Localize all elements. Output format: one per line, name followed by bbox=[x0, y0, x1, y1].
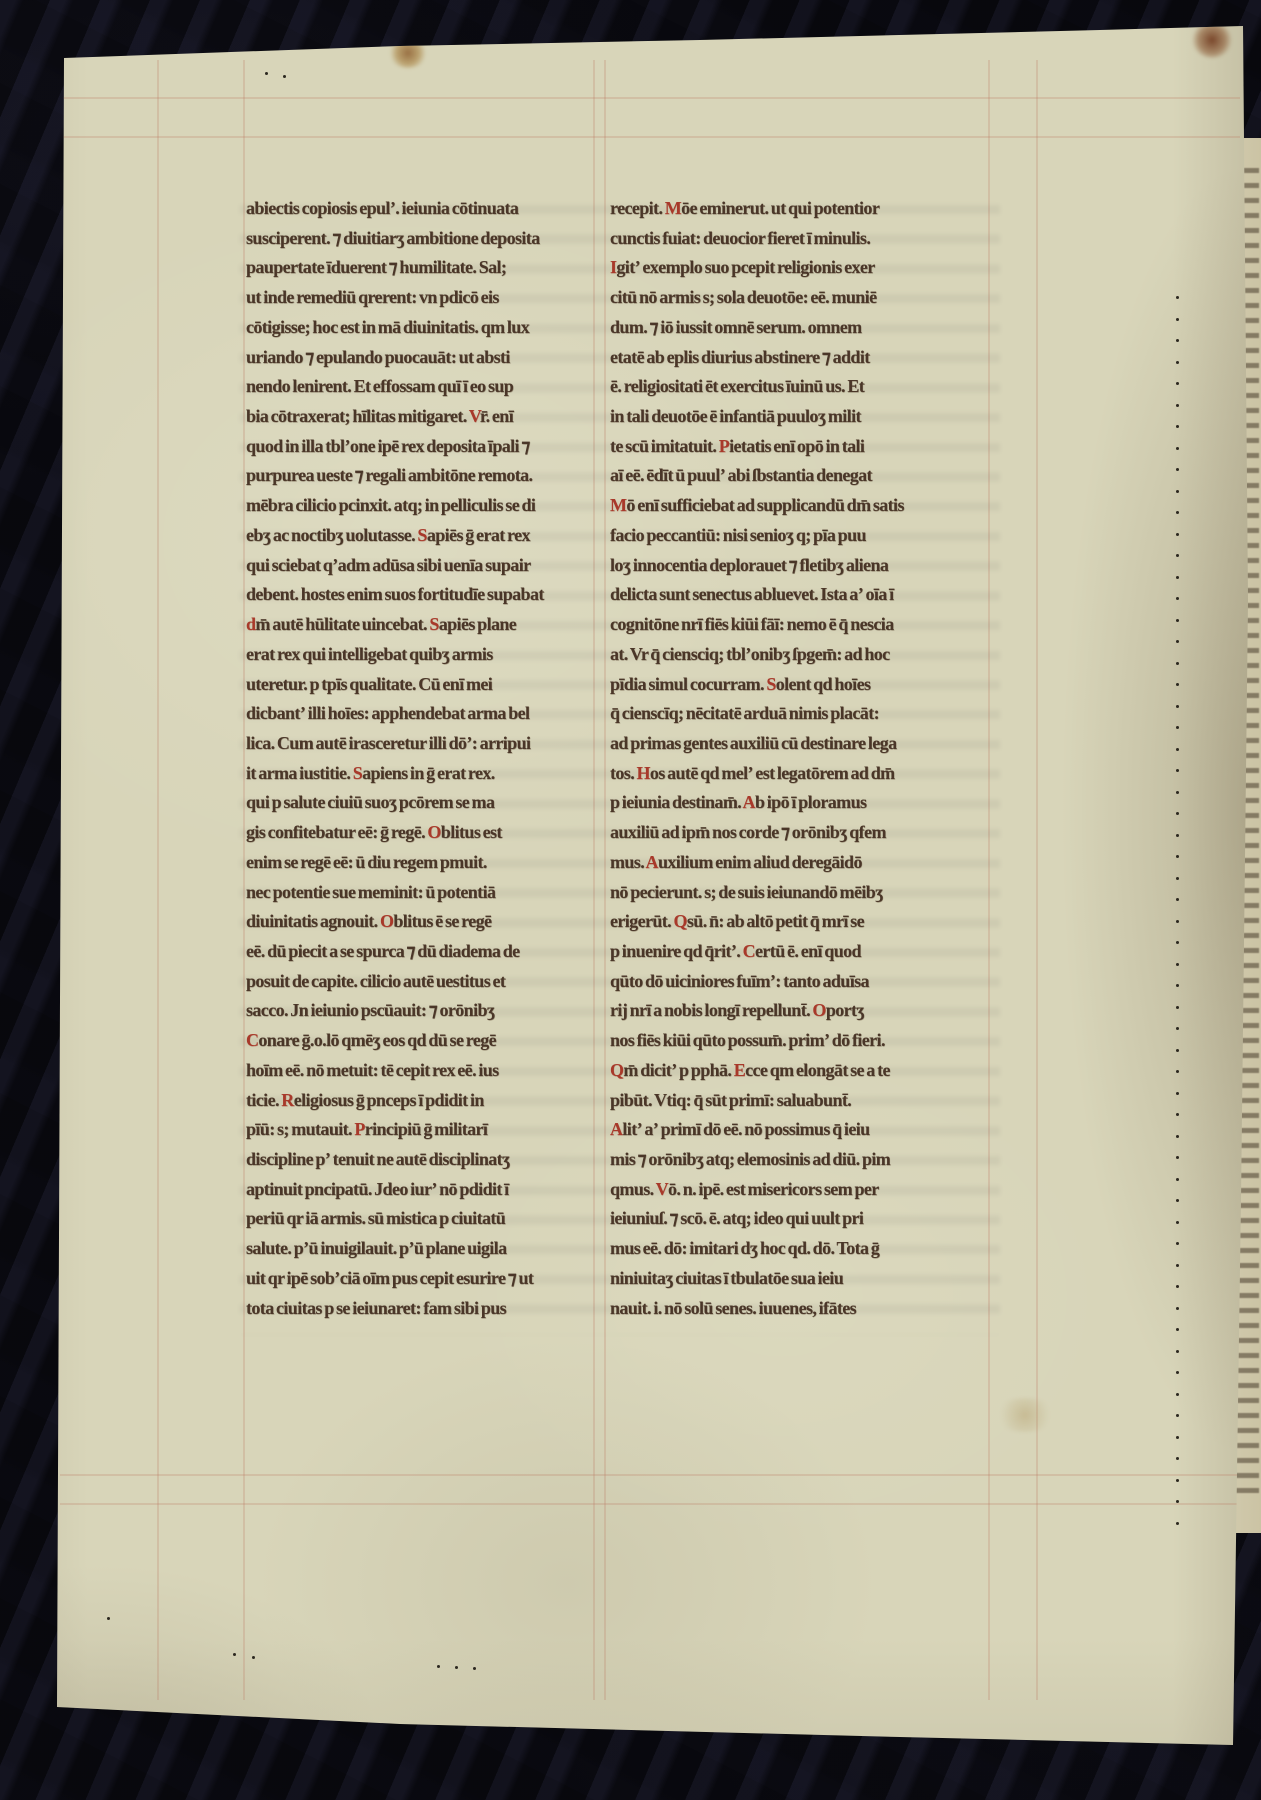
ink-text: recepit. bbox=[610, 198, 665, 218]
ink-text: citū nō armis s; sola deuotōe: eē. muniē bbox=[610, 287, 876, 307]
ink-text: diuinitatis agnouit. bbox=[246, 911, 380, 931]
text-line: ebʒ ac noctibʒ uolutasse. Sapiēs ḡ erat … bbox=[246, 525, 598, 555]
rubricated-capital: A bbox=[646, 852, 658, 872]
ink-text: discipline pʼ tenuit ne autē disciplinat… bbox=[246, 1149, 510, 1169]
text-line: nō pecierunt. s; de suis ieiunandō mēibʒ bbox=[610, 882, 994, 912]
parchment-leaf: abiectis copiosis epulʼ. ieiunia cōtinua… bbox=[0, 0, 1261, 1800]
ink-text: ertū ē. enī quod bbox=[755, 941, 861, 961]
text-line: ieiuniuſ. ⁊ scō. ē. atq; ideo qui uult p… bbox=[610, 1208, 994, 1238]
text-line: it arma iustitie. Sapiens in ḡ erat rex. bbox=[246, 763, 598, 793]
prick-mark bbox=[437, 1665, 440, 1668]
ink-text: dum. ⁊ iō iussit omnē serum. omnem bbox=[610, 317, 862, 337]
prick-mark bbox=[1176, 1156, 1179, 1159]
prick-mark bbox=[1176, 447, 1179, 450]
text-line: citū nō armis s; sola deuotōe: eē. muniē bbox=[610, 287, 994, 317]
prick-mark bbox=[473, 1667, 476, 1670]
ink-text: cōtigisse; hoc est in mā diuinitatis. qm… bbox=[246, 317, 529, 337]
text-line: pīū: s; mutauit. Principiū ḡ militarī bbox=[246, 1119, 598, 1149]
text-line: posuit de capite. cilicio autē uestitus … bbox=[246, 971, 598, 1001]
prick-mark bbox=[1176, 1414, 1179, 1417]
ink-text: nendo lenirent. Et effossam quī ī eo sup bbox=[246, 376, 513, 396]
text-line: paupertate īduerent ⁊ humilitate. Sal; bbox=[246, 257, 598, 287]
text-line: at. Vr q̄ ciensciq; tblʼonibʒ ſpgem̄: ad… bbox=[610, 644, 994, 674]
text-line: cunctis fuiat: deuocior fieret ī minulis… bbox=[610, 228, 994, 258]
text-line: purpurea ueste ⁊ regali ambitōne remota. bbox=[246, 465, 598, 495]
prick-mark bbox=[1176, 1199, 1179, 1202]
ink-text: portʒ bbox=[826, 1000, 864, 1020]
ink-text: cce qm elongāt se a te bbox=[745, 1060, 890, 1080]
ink-text: gis confitebatur eē: ḡ regē. bbox=[246, 822, 427, 842]
prick-mark bbox=[1176, 834, 1179, 837]
ink-text: auxiliū ad ipm̄ nos corde ⁊ orōnibʒ qfem bbox=[610, 822, 886, 842]
ruling-line-horizontal bbox=[60, 1503, 1240, 1505]
rubricated-capital: O bbox=[812, 1000, 825, 1020]
prick-mark bbox=[1176, 318, 1179, 321]
text-line: auxiliū ad ipm̄ nos corde ⁊ orōnibʒ qfem bbox=[610, 822, 994, 852]
text-line: aī eē. ēdīt ū puulʼ abi ſbstantia denega… bbox=[610, 465, 994, 495]
rubricated-capital: S bbox=[353, 763, 362, 783]
prick-mark bbox=[265, 72, 268, 75]
text-line: mis ⁊ orōnibʒ atq; elemosinis ad diū. pi… bbox=[610, 1149, 994, 1179]
prick-mark bbox=[283, 75, 286, 78]
text-line: in tali deuotōe ē infantiā puuloʒ milit bbox=[610, 406, 994, 436]
ink-text: tota ciuitas p se ieiunaret: fam sibi pu… bbox=[246, 1298, 506, 1318]
prick-mark bbox=[1176, 791, 1179, 794]
prick-mark bbox=[1176, 920, 1179, 923]
text-line: mus eē. dō: imitari dʒ hoc qd. dō. Tota … bbox=[610, 1238, 994, 1268]
prick-mark bbox=[1176, 1436, 1179, 1439]
ink-text: r̄. enī bbox=[480, 406, 513, 426]
ink-text: enim se regē eē: ū diu regem pmuit. bbox=[246, 852, 487, 872]
ink-text: b ipō ī ploramus bbox=[755, 792, 866, 812]
ink-text: uriando ⁊ epulando puocauāt: ut absti bbox=[246, 347, 510, 367]
rubricated-capital: O bbox=[427, 822, 440, 842]
ink-text: ieiuniuſ. ⁊ scō. ē. atq; ideo qui uult p… bbox=[610, 1208, 863, 1228]
text-line: te scū imitatuit. Pietatis enī opō in ta… bbox=[610, 436, 994, 466]
prick-mark bbox=[233, 1653, 236, 1656]
prick-mark bbox=[1176, 1178, 1179, 1181]
ink-text: at. Vr q̄ ciensciq; tblʼonibʒ ſpgem̄: ad… bbox=[610, 644, 890, 664]
rubricated-capital: R bbox=[281, 1090, 293, 1110]
ink-text: ticie. bbox=[246, 1090, 281, 1110]
rubricated-capital: P bbox=[719, 436, 729, 456]
ink-text: mēbra cilicio pcinxit. atq; in pelliculi… bbox=[246, 495, 535, 515]
prick-mark bbox=[1176, 1393, 1179, 1396]
prick-mark bbox=[1176, 1522, 1179, 1525]
ink-text: te scū imitatuit. bbox=[610, 436, 719, 456]
prick-mark bbox=[1176, 597, 1179, 600]
ink-text: debent. hostes enim suos fortitudīe supa… bbox=[246, 584, 544, 604]
ink-text: q̄ cienscīq; nēcitatē arduā nimis placāt… bbox=[610, 703, 879, 723]
prick-mark bbox=[1176, 619, 1179, 622]
prick-mark bbox=[1176, 662, 1179, 665]
ink-text: nauit. i. nō solū senes. iuuenes, ifātes bbox=[610, 1298, 856, 1318]
text-line: etatē ab eplis diurius abstinere ⁊ addit bbox=[610, 347, 994, 377]
rubricated-capital: A bbox=[743, 792, 755, 812]
text-line: nec potentie sue meminit: ū potentiā bbox=[246, 882, 598, 912]
ink-text: os autē qd melʼ est legatōrem ad dm̄ bbox=[650, 763, 895, 783]
ink-text: pīdia simul cocurram. bbox=[610, 674, 766, 694]
ink-text: cunctis fuiat: deuocior fieret ī minulis… bbox=[610, 228, 870, 248]
ink-text: blitus ē se regē bbox=[393, 911, 491, 931]
text-line: dm̄ autē hūlitate uincebat. Sapiēs plane bbox=[246, 614, 598, 644]
prick-mark bbox=[1176, 554, 1179, 557]
ink-text: ō. n. ipē. est misericors sem per bbox=[668, 1179, 879, 1199]
text-line: aptinuit pncipatū. Jdeo iurʼ nō pdidit ī bbox=[246, 1179, 598, 1209]
ink-text: apiēs ḡ erat rex bbox=[427, 525, 530, 545]
ink-text: loʒ innocentia deplorauet ⁊ fletibʒ alie… bbox=[610, 555, 888, 575]
ink-text: dicbantʼ illi hoīes: apphendebat arma be… bbox=[246, 703, 529, 723]
prick-mark bbox=[455, 1666, 458, 1669]
text-line: uit qr ipē sobʼciā oīm pus cepit esurire… bbox=[246, 1268, 598, 1298]
ink-text: it arma iustitie. bbox=[246, 763, 353, 783]
ink-text: in tali deuotōe ē infantiā puuloʒ milit bbox=[610, 406, 861, 426]
ink-text: qui sciebat qʼadm adūsa sibi uenīa supai… bbox=[246, 555, 531, 575]
text-line: enim se regē eē: ū diu regem pmuit. bbox=[246, 852, 598, 882]
ink-text: rij nrī a nobis longī repellunt̄. bbox=[610, 1000, 812, 1020]
text-line: p inuenire qd q̄ritʼ. Certū ē. enī quod bbox=[610, 941, 994, 971]
rubricated-capital: M bbox=[610, 495, 626, 515]
prick-mark bbox=[1176, 812, 1179, 815]
prick-mark bbox=[1176, 468, 1179, 471]
ink-text: mus. bbox=[610, 852, 646, 872]
rubricated-capital: P bbox=[354, 1119, 364, 1139]
prick-mark bbox=[1176, 576, 1179, 579]
ink-text: facio peccantiū: nisi senioʒ q; pīa puu bbox=[610, 525, 866, 545]
ink-text: rincipiū ḡ militarī bbox=[365, 1119, 488, 1139]
ink-text: abiectis copiosis epulʼ. ieiunia cōtinua… bbox=[246, 198, 518, 218]
text-line: ē. religiositati ēt exercitus īuinū us. … bbox=[610, 376, 994, 406]
ink-text: gitʼ exemplo suo pcepit religionis exer bbox=[616, 257, 874, 277]
text-line: cognitōne nrī fiēs kiūi fāī: nemo ē q̄ n… bbox=[610, 614, 994, 644]
text-line: niniuitaʒ ciuitas ī tbulatōe sua ieiu bbox=[610, 1268, 994, 1298]
text-line: rij nrī a nobis longī repellunt̄. Oportʒ bbox=[610, 1000, 994, 1030]
ink-text: m̄ dicitʼ p pphā. bbox=[623, 1060, 733, 1080]
text-line: pīdia simul cocurram. Solent qd hoīes bbox=[610, 674, 994, 704]
ink-text: aptinuit pncipatū. Jdeo iurʼ nō pdidit ī bbox=[246, 1179, 509, 1199]
ink-text: nos fiēs kiūi qūto possum̄. primʼ dō fie… bbox=[610, 1030, 885, 1050]
ink-text: apiens in ḡ erat rex. bbox=[362, 763, 495, 783]
text-line: erat rex qui intelligebat quibʒ armis bbox=[246, 644, 598, 674]
text-line: uteretur. p tpīs qualitate. Cū enī mei bbox=[246, 674, 598, 704]
prick-mark bbox=[1176, 1350, 1179, 1353]
text-line: debent. hostes enim suos fortitudīe supa… bbox=[246, 584, 598, 614]
prick-mark bbox=[1176, 339, 1179, 342]
text-line: delicta sunt senectus abluevet. Ista aʼ … bbox=[610, 584, 994, 614]
ink-text: tos. bbox=[610, 763, 637, 783]
prick-mark bbox=[1176, 984, 1179, 987]
text-line: q̄ cienscīq; nēcitatē arduā nimis placāt… bbox=[610, 703, 994, 733]
prick-mark bbox=[252, 1656, 255, 1659]
stain-top-right bbox=[1192, 22, 1232, 58]
text-line: nauit. i. nō solū senes. iuuenes, ifātes bbox=[610, 1298, 994, 1328]
prick-mark bbox=[1176, 511, 1179, 514]
ink-text: mis ⁊ orōnibʒ atq; elemosinis ad diū. pi… bbox=[610, 1149, 890, 1169]
ruling-line-horizontal bbox=[60, 1474, 1240, 1476]
rubricated-capital: E bbox=[734, 1060, 745, 1080]
ink-text: litʼ aʼ primī dō eē. nō possimus q̄ ieiu bbox=[622, 1119, 869, 1139]
ink-text: niniuitaʒ ciuitas ī tbulatōe sua ieiu bbox=[610, 1268, 843, 1288]
prick-mark bbox=[1176, 769, 1179, 772]
text-line: qui p salute ciuiū suoʒ pcōrem se ma bbox=[246, 792, 598, 822]
ink-text: cognitōne nrī fiēs kiūi fāī: nemo ē q̄ n… bbox=[610, 614, 894, 634]
prick-mark bbox=[1176, 1328, 1179, 1331]
rubricated-capital: H bbox=[637, 763, 650, 783]
prick-mark bbox=[1176, 404, 1179, 407]
text-line: diuinitatis agnouit. Oblitus ē se regē bbox=[246, 911, 598, 941]
ink-text: nō pecierunt. s; de suis ieiunandō mēibʒ bbox=[610, 882, 883, 902]
stain-bottom bbox=[995, 1398, 1055, 1432]
text-line: nos fiēs kiūi qūto possum̄. primʼ dō fie… bbox=[610, 1030, 994, 1060]
rubricated-capital: V bbox=[469, 406, 480, 426]
prick-mark bbox=[1176, 1371, 1179, 1374]
ink-text: olent qd hoīes bbox=[776, 674, 871, 694]
ruling-line-vertical bbox=[157, 60, 159, 1700]
prick-mark bbox=[1176, 361, 1179, 364]
text-line: lica. Cum autē irasceretur illi dōʼ: arr… bbox=[246, 733, 598, 763]
ink-text: ad primas gentes auxiliū cū destinare le… bbox=[610, 733, 896, 753]
text-line: discipline pʼ tenuit ne autē disciplinat… bbox=[246, 1149, 598, 1179]
prick-mark bbox=[1176, 683, 1179, 686]
prick-mark bbox=[1176, 963, 1179, 966]
text-line: Alitʼ aʼ primī dō eē. nō possimus q̄ iei… bbox=[610, 1119, 994, 1149]
text-line: mēbra cilicio pcinxit. atq; in pelliculi… bbox=[246, 495, 598, 525]
prick-mark bbox=[1176, 296, 1179, 299]
text-line: salute. pʼū inuigilauit. pʼū plane uigil… bbox=[246, 1238, 598, 1268]
text-line: pibūt. Vtiq: q̄ sūt primī: saluabunt̄. bbox=[610, 1090, 994, 1120]
prick-mark bbox=[1176, 1070, 1179, 1073]
rubricated-capital: S bbox=[429, 614, 438, 634]
text-line: tota ciuitas p se ieiunaret: fam sibi pu… bbox=[246, 1298, 598, 1328]
ink-text: qmus. bbox=[610, 1179, 656, 1199]
rubricated-capital: C bbox=[743, 941, 755, 961]
text-column-right: recepit. Mōe eminerut. ut qui potentiorc… bbox=[610, 198, 994, 1327]
prick-mark bbox=[1176, 1307, 1179, 1310]
ink-text: uteretur. p tpīs qualitate. Cū enī mei bbox=[246, 674, 492, 694]
prick-mark bbox=[1176, 1135, 1179, 1138]
ruling-line-vertical bbox=[243, 60, 245, 1700]
ink-text: lica. Cum autē irasceretur illi dōʼ: arr… bbox=[246, 733, 530, 753]
prick-mark bbox=[1176, 1006, 1179, 1009]
prick-mark bbox=[1176, 640, 1179, 643]
ink-text: susciperent. ⁊ diuitiarʒ ambitione depos… bbox=[246, 228, 540, 248]
text-line: dicbantʼ illi hoīes: apphendebat arma be… bbox=[246, 703, 598, 733]
prick-mark bbox=[1176, 533, 1179, 536]
text-line: tos. Hos autē qd melʼ est legatōrem ad d… bbox=[610, 763, 994, 793]
text-line: qui sciebat qʼadm adūsa sibi uenīa supai… bbox=[246, 555, 598, 585]
text-line: uriando ⁊ epulando puocauāt: ut absti bbox=[246, 347, 598, 377]
text-line: Conare ḡ.o.lō qmēʒ eos qd dū se regē bbox=[246, 1030, 598, 1060]
ink-text: quod in illa tblʼone ipē rex deposita īp… bbox=[246, 436, 530, 456]
text-line: qmus. Vō. n. ipē. est misericors sem per bbox=[610, 1179, 994, 1209]
text-column-left: abiectis copiosis epulʼ. ieiunia cōtinua… bbox=[246, 198, 598, 1327]
prick-mark bbox=[1176, 1049, 1179, 1052]
ink-text: ē. religiositati ēt exercitus īuinū us. … bbox=[610, 376, 864, 396]
prick-mark bbox=[1176, 1285, 1179, 1288]
rubricated-capital: V bbox=[656, 1179, 668, 1199]
ink-text: pīū: s; mutauit. bbox=[246, 1119, 354, 1139]
ink-text: eē. dū piecit a se spurca ⁊ dū diadema d… bbox=[246, 941, 520, 961]
ink-text: delicta sunt senectus abluevet. Ista aʼ … bbox=[610, 584, 894, 604]
prick-mark bbox=[1176, 1027, 1179, 1030]
rubricated-capital: S bbox=[417, 525, 426, 545]
text-line: Mō enī sufficiebat ad supplicandū dm̄ sa… bbox=[610, 495, 994, 525]
ink-text: nec potentie sue meminit: ū potentiā bbox=[246, 882, 495, 902]
text-line: cōtigisse; hoc est in mā diuinitatis. qm… bbox=[246, 317, 598, 347]
prick-mark bbox=[1176, 1092, 1179, 1095]
text-line: bia cōtraxerat; hīlitas mitigaret. Vr̄. … bbox=[246, 406, 598, 436]
prick-mark bbox=[1176, 425, 1179, 428]
rubricated-capital: O bbox=[380, 911, 393, 931]
ink-text: ebʒ ac noctibʒ uolutasse. bbox=[246, 525, 417, 545]
rubricated-capital: Q bbox=[610, 1060, 623, 1080]
ink-text: erigerūt. bbox=[610, 911, 673, 931]
ink-text: sacco. Jn ieiunio pscūauit: ⁊ orōnibʒ bbox=[246, 1000, 495, 1020]
ink-text: hoīm eē. nō metuit: tē cepit rex eē. ius bbox=[246, 1060, 499, 1080]
prick-mark bbox=[1176, 1221, 1179, 1224]
prick-mark bbox=[1176, 1264, 1179, 1267]
text-line: Igitʼ exemplo suo pcepit religionis exer bbox=[610, 257, 994, 287]
ink-text: ō enī sufficiebat ad supplicandū dm̄ sat… bbox=[626, 495, 903, 515]
rubricated-capital: d bbox=[246, 614, 255, 634]
text-line: susciperent. ⁊ diuitiarʒ ambitione depos… bbox=[246, 228, 598, 258]
ink-text: posuit de capite. cilicio autē uestitus … bbox=[246, 971, 505, 991]
text-line: p ieiunia destinam̄. Ab ipō ī ploramus bbox=[610, 792, 994, 822]
rubricated-capital: M bbox=[665, 198, 681, 218]
text-line: gis confitebatur eē: ḡ regē. Oblitus est bbox=[246, 822, 598, 852]
ink-text: ut inde remediū qrerent: vn pdicō eis bbox=[246, 287, 499, 307]
text-line: quod in illa tblʼone ipē rex deposita īp… bbox=[246, 436, 598, 466]
prick-mark bbox=[1176, 490, 1179, 493]
ink-text: paupertate īduerent ⁊ humilitate. Sal; bbox=[246, 257, 506, 277]
prick-mark bbox=[1176, 748, 1179, 751]
text-line: Qm̄ dicitʼ p pphā. Ecce qm elongāt se a … bbox=[610, 1060, 994, 1090]
ruling-line-horizontal bbox=[60, 136, 1240, 138]
text-line: ad primas gentes auxiliū cū destinare le… bbox=[610, 733, 994, 763]
prick-mark bbox=[1176, 1479, 1179, 1482]
rubricated-capital: C bbox=[246, 1030, 258, 1050]
ink-text: blitus est bbox=[441, 822, 502, 842]
text-line: recepit. Mōe eminerut. ut qui potentior bbox=[610, 198, 994, 228]
ink-text: qui p salute ciuiū suoʒ pcōrem se ma bbox=[246, 792, 494, 812]
ink-text: p ieiunia destinam̄. bbox=[610, 792, 743, 812]
ink-text: eligiosus ḡ pnceps ī pdidit in bbox=[294, 1090, 484, 1110]
prick-mark bbox=[1176, 941, 1179, 944]
text-line: ticie. Religiosus ḡ pnceps ī pdidit in bbox=[246, 1090, 598, 1120]
ink-text: apiēs plane bbox=[439, 614, 516, 634]
text-line: ut inde remediū qrerent: vn pdicō eis bbox=[246, 287, 598, 317]
prick-mark bbox=[1176, 705, 1179, 708]
prick-mark bbox=[1176, 726, 1179, 729]
text-line: loʒ innocentia deplorauet ⁊ fletibʒ alie… bbox=[610, 555, 994, 585]
prick-mark bbox=[1176, 1242, 1179, 1245]
prick-mark bbox=[1176, 877, 1179, 880]
ink-text: p inuenire qd q̄ritʼ. bbox=[610, 941, 743, 961]
ruling-line-vertical bbox=[1036, 60, 1038, 1700]
prick-mark bbox=[1176, 855, 1179, 858]
text-line: dum. ⁊ iō iussit omnē serum. omnem bbox=[610, 317, 994, 347]
prick-mark bbox=[1176, 1113, 1179, 1116]
ink-text: etatē ab eplis diurius abstinere ⁊ addit bbox=[610, 347, 870, 367]
manuscript-photo: abiectis copiosis epulʼ. ieiunia cōtinua… bbox=[0, 0, 1261, 1800]
ink-text: ietatis enī opō in tali bbox=[729, 436, 864, 456]
ink-text: pibūt. Vtiq: q̄ sūt primī: saluabunt̄. bbox=[610, 1090, 851, 1110]
text-line: periū qr iā armis. sū mistica p ciuitatū bbox=[246, 1208, 598, 1238]
text-line: erigerūt. Qsū. n̄: ab altō petit q̄ mrī … bbox=[610, 911, 994, 941]
rubricated-capital: Q bbox=[673, 911, 686, 931]
text-line: eē. dū piecit a se spurca ⁊ dū diadema d… bbox=[246, 941, 598, 971]
prick-mark bbox=[1176, 898, 1179, 901]
ink-text: uxilium enim aliud deregāidō bbox=[658, 852, 862, 872]
ruling-line-vertical bbox=[604, 60, 606, 1700]
ink-text: m̄ autē hūlitate uincebat. bbox=[255, 614, 429, 634]
ink-text: sū. n̄: ab altō petit q̄ mrī se bbox=[687, 911, 864, 931]
ink-text: onare ḡ.o.lō qmēʒ eos qd dū se regē bbox=[258, 1030, 496, 1050]
text-line: facio peccantiū: nisi senioʒ q; pīa puu bbox=[610, 525, 994, 555]
text-line: hoīm eē. nō metuit: tē cepit rex eē. ius bbox=[246, 1060, 598, 1090]
ink-text: bia cōtraxerat; hīlitas mitigaret. bbox=[246, 406, 469, 426]
prick-mark bbox=[107, 1617, 110, 1620]
prick-mark bbox=[1176, 382, 1179, 385]
text-line: qūto dō uiciniores fuīmʼ: tanto aduīsa bbox=[610, 971, 994, 1001]
ink-text: mus eē. dō: imitari dʒ hoc qd. dō. Tota … bbox=[610, 1238, 879, 1258]
rubricated-capital: A bbox=[610, 1119, 622, 1139]
text-line: sacco. Jn ieiunio pscūauit: ⁊ orōnibʒ bbox=[246, 1000, 598, 1030]
prick-mark bbox=[1176, 1457, 1179, 1460]
ink-text: qūto dō uiciniores fuīmʼ: tanto aduīsa bbox=[610, 971, 869, 991]
prick-mark bbox=[1176, 1500, 1179, 1503]
ink-text: uit qr ipē sobʼciā oīm pus cepit esurire… bbox=[246, 1268, 533, 1288]
ruling-line-horizontal bbox=[60, 97, 1240, 99]
ink-text: ōe eminerut. ut qui potentior bbox=[681, 198, 879, 218]
ink-text: aī eē. ēdīt ū puulʼ abi ſbstantia denega… bbox=[610, 465, 872, 485]
ink-text: periū qr iā armis. sū mistica p ciuitatū bbox=[246, 1208, 505, 1228]
ink-text: purpurea ueste ⁊ regali ambitōne remota. bbox=[246, 465, 532, 485]
text-line: abiectis copiosis epulʼ. ieiunia cōtinua… bbox=[246, 198, 598, 228]
text-line: mus. Auxilium enim aliud deregāidō bbox=[610, 852, 994, 882]
text-line: nendo lenirent. Et effossam quī ī eo sup bbox=[246, 376, 598, 406]
ink-text: erat rex qui intelligebat quibʒ armis bbox=[246, 644, 493, 664]
rubricated-capital: S bbox=[766, 674, 775, 694]
ink-text: salute. pʼū inuigilauit. pʼū plane uigil… bbox=[246, 1238, 507, 1258]
